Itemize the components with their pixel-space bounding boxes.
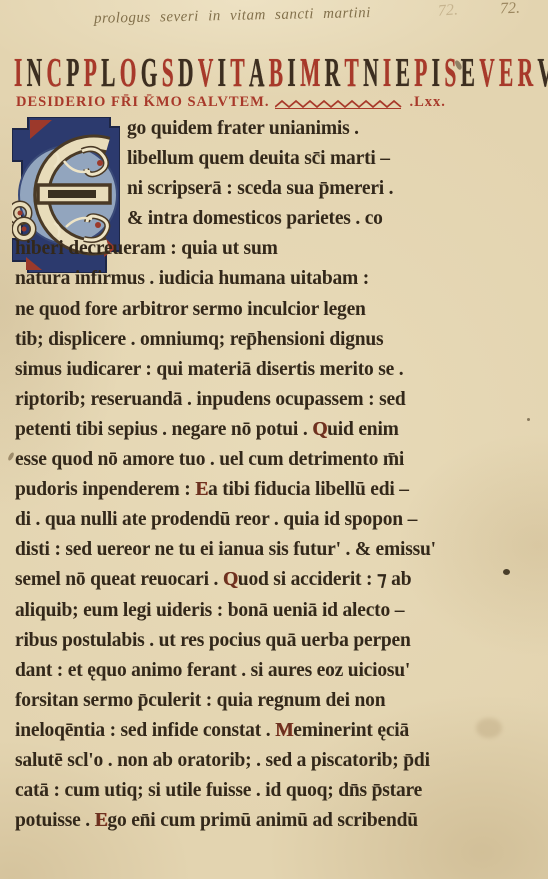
text-line: hiberi decreueram : quia ut sum — [15, 234, 537, 264]
incipit-letter: G — [141, 49, 157, 98]
incipit-letter: T — [344, 49, 358, 98]
incipit-letter: I — [218, 49, 226, 98]
line-text-continued: go en̄i cum primū animū ad scribendū — [107, 810, 417, 831]
text-line: salutē scl'o . non ab oratorib; . sed a … — [15, 746, 537, 776]
incipit-letter: V — [198, 49, 213, 98]
line-text-continued: eminerint ęciā — [293, 720, 409, 741]
incipit-display-capitals: I N C P P L O G S D V I T A B I — [14, 49, 548, 98]
incipit-letter: S — [444, 49, 455, 98]
text-line: ineloqēntia : sed infide constat . Memin… — [15, 716, 537, 746]
line-text: go quidem frater unianimis . — [127, 118, 359, 139]
incipit-letter: I — [287, 49, 295, 98]
text-line: forsitan sermo p̄culerit : quia regnum d… — [15, 686, 537, 716]
line-text-continued: a tibi fiducia libellū edi – — [208, 479, 409, 500]
line-text-continued: uid enim — [327, 419, 399, 440]
ink-fleck — [527, 418, 530, 421]
line-text: forsitan sermo p̄culerit : quia regnum d… — [15, 690, 385, 711]
line-text: simus iudicarer : qui materiā disertis m… — [15, 359, 403, 380]
incipit-letter: V — [479, 49, 494, 98]
text-line: riptorib; reseruandā . inpudens ocupasse… — [15, 385, 537, 415]
incipit-letter: N — [363, 49, 378, 98]
rubric-touched-letter: E — [95, 810, 108, 831]
line-text: esse quod nō amore tuo . uel cum detrime… — [15, 449, 404, 470]
line-text: ineloqēntia : sed infide constat . — [15, 720, 275, 741]
line-text: ni scripserā : sceda sua p̄mereri . — [127, 178, 393, 199]
text-line: & intra domesticos parietes . co — [127, 204, 537, 234]
rubric-touched-letter: Q — [312, 419, 327, 440]
incipit-letter: N — [27, 49, 42, 98]
text-line: semel nō queat reuocari . Quod si accide… — [15, 565, 537, 595]
incipit-letter: P — [414, 49, 427, 98]
incipit-letter: R — [325, 49, 340, 98]
line-text: disti : sed uereor ne tu ei ianua sis fu… — [15, 539, 436, 560]
ink-fleck — [7, 452, 15, 462]
manuscript-page: prologus severi in vitam sancti martini … — [0, 0, 548, 879]
line-text: riptorib; reseruandā . inpudens ocupasse… — [15, 389, 406, 410]
incipit-letter: E — [499, 49, 513, 98]
body-text-block: go quidem frater unianimis . libellum qu… — [15, 114, 537, 836]
incipit-letter: S — [162, 49, 173, 98]
folio-number-ghost: 72. — [437, 1, 458, 20]
text-line: ribus postulabis . ut res pocius quā uer… — [15, 626, 537, 656]
incipit-letter: P — [66, 49, 79, 98]
text-line: ni scripserā : sceda sua p̄mereri . — [127, 174, 537, 204]
text-line: petenti tibi sepius . negare nō potui . … — [15, 415, 537, 445]
line-text-continued: uod si acciderit : ⁊ ab — [238, 569, 412, 590]
rubric-touched-letter: M — [275, 720, 293, 741]
text-line: libellum quem deuita sc̄i marti – — [127, 144, 537, 174]
line-text: libellum quem deuita sc̄i marti – — [127, 148, 390, 169]
incipit-letter: E — [461, 49, 475, 98]
incipit-letter: D — [178, 49, 193, 98]
header-annotation: prologus severi in vitam sancti martini — [94, 3, 454, 28]
incipit-letter: V — [537, 49, 548, 98]
line-text: hiberi decreueram : quia ut sum — [15, 238, 278, 259]
incipit-letter: T — [230, 49, 244, 98]
line-text: ribus postulabis . ut res pocius quā uer… — [15, 630, 411, 651]
text-line: tib; displicere . omniumq; rep̄hensioni … — [15, 325, 537, 355]
line-text: dant : et ęquo animo ferant . si aures e… — [15, 660, 410, 681]
line-text: petenti tibi sepius . negare nō potui . — [15, 419, 312, 440]
line-text: potuisse . — [15, 810, 95, 831]
text-line: catā : cum utiq; si utile fuisse . id qu… — [15, 776, 537, 806]
incipit-letter: I — [432, 49, 440, 98]
text-line: dant : et ęquo animo ferant . si aures e… — [15, 656, 537, 686]
text-line: esse quod nō amore tuo . uel cum detrime… — [15, 445, 537, 475]
line-text: di . qua nulli ate prodendū reor . quia … — [15, 509, 417, 530]
incipit-letter: E — [396, 49, 410, 98]
incipit-letter: C — [46, 49, 61, 98]
text-line: potuisse . Ego en̄i cum primū animū ad s… — [15, 806, 537, 836]
line-text: pudoris inpenderem : — [15, 479, 195, 500]
text-line: aliquib; eum legi uideris : bonā ueniā i… — [15, 596, 537, 626]
line-text: natura infirmus . iudicia humana uitabam… — [15, 268, 369, 289]
text-line: pudoris inpenderem : Ea tibi fiducia lib… — [15, 475, 537, 505]
incipit-letter: O — [120, 49, 136, 98]
line-filler-zigzag — [275, 98, 403, 110]
text-line: natura infirmus . iudicia humana uitabam… — [15, 264, 537, 294]
line-text: semel nō queat reuocari . — [15, 569, 223, 590]
line-text: tib; displicere . omniumq; rep̄hensioni … — [15, 329, 383, 350]
incipit-letter: M — [300, 49, 320, 98]
text-line: ne quod fore arbitror sermo inculcior le… — [15, 295, 537, 325]
text-line: go quidem frater unianimis . — [127, 114, 537, 144]
line-text: aliquib; eum legi uideris : bonā ueniā i… — [15, 600, 404, 621]
incipit-letter: B — [269, 49, 283, 98]
text-line: simus iudicarer : qui materiā disertis m… — [15, 355, 537, 385]
incipit-letter: R — [518, 49, 533, 98]
line-text: catā : cum utiq; si utile fuisse . id qu… — [15, 780, 422, 801]
text-line: disti : sed uereor ne tu ei ianua sis fu… — [15, 535, 537, 565]
parchment-stain — [476, 718, 502, 738]
rubric-touched-letter: Q — [223, 569, 238, 590]
rubric-touched-letter: E — [195, 479, 208, 500]
incipit-letter: I — [14, 49, 22, 98]
line-text: & intra domesticos parietes . co — [127, 208, 383, 229]
incipit-letter: L — [101, 49, 115, 98]
folio-number: 72. — [500, 0, 521, 18]
salutation-numeral: .Lxx. — [409, 94, 445, 111]
line-text: salutē scl'o . non ab oratorib; . sed a … — [15, 750, 430, 771]
incipit-letter: P — [84, 49, 97, 98]
salutation-line: DESIDERIO FR̄I K̄MO SALVTEM. .Lxx. — [16, 92, 536, 112]
incipit-letter: I — [383, 49, 391, 98]
ink-blot — [503, 569, 510, 575]
incipit-letter: A — [249, 49, 264, 98]
text-line: di . qua nulli ate prodendū reor . quia … — [15, 505, 537, 535]
salutation-text: DESIDERIO FR̄I K̄MO SALVTEM. — [16, 94, 269, 111]
line-text: ne quod fore arbitror sermo inculcior le… — [15, 299, 366, 320]
